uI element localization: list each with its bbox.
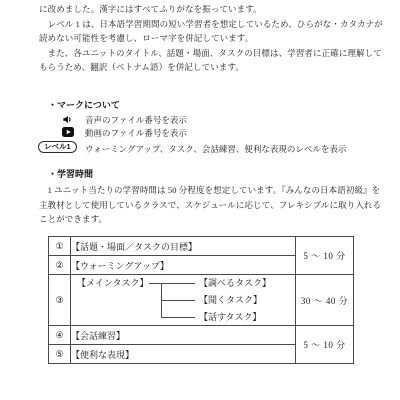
study-time-line: 1 ユニット当たりの学習時間は 50 分程度を想定しています。『みんなの日本語初… [39,183,380,198]
table-row-main-task: ③ 【メインタスク】 【調べるタスク】 【聞くタスク】 【話すタスク】 30 ～… [49,275,354,326]
time-cell: 5 ～ 10 分 [296,237,354,275]
study-time-line: ことができます。 [39,212,107,227]
time-cell: 5 ～ 10 分 [296,326,354,364]
time-cell: 30 ～ 40 分 [296,275,354,326]
row-label: 【ウォーミングアップ】 [71,256,296,275]
tree-connector-line [149,283,161,284]
mark-video-label: 動画のファイル番号を表示 [85,127,187,139]
intro-line: もらうため、翻訳（ベトナム語）を併記しています。 [39,60,244,75]
play-video-icon [62,127,75,139]
unit-schedule-table: ① 【話題・場面／タスクの目標】 5 ～ 10 分 ② 【ウォーミングアップ】 … [48,236,354,364]
tree-branch-line [161,300,195,301]
row-number: ④ [49,326,71,345]
tree-branch-line [161,317,195,318]
branch-task-label: 【話すタスク】 [199,310,261,324]
level-1-badge: レベル1 [38,141,77,153]
row-label: 【便利な表現】 [71,345,296,364]
mark-audio-label: 音声のファイル番号を表示 [85,114,187,126]
row-label: 【話題・場面／タスクの目標】 [71,237,296,256]
branch-task-label: 【聞くタスク】 [199,293,262,307]
tree-branch-line [161,283,195,284]
table-row: ④ 【会話練習】 5 ～ 10 分 [49,326,354,345]
main-task-cell: 【メインタスク】 【調べるタスク】 【聞くタスク】 【話すタスク】 [71,275,296,326]
marks-section-heading: ・マークについて [48,99,120,111]
table-row: ① 【話題・場面／タスクの目標】 5 ～ 10 分 [49,237,354,256]
speaker-icon [62,114,75,126]
study-time-section-heading: ・学習時間 [48,168,93,180]
task-tree-diagram: 【メインタスク】 【調べるタスク】 【聞くタスク】 【話すタスク】 [71,275,295,325]
row-label: 【会話練習】 [71,326,296,345]
row-number: ② [49,256,71,275]
intro-line: レベル 1 は、日本語学習期間の短い学習者を想定しているため、ひらがな・カタカナ… [39,17,383,32]
document-page: に改めました。漢字にはすべてふりがなを振っています。 レベル 1 は、日本語学習… [0,0,400,400]
row-number: ① [49,237,71,256]
intro-line: また、各ユニットのタイトル、話題・場面、タスクの目標は、学習者に正確に理解して [39,46,382,61]
mark-level-label: ウォーミングアップ、タスク、会話練習、便利な表現のレベルを表示 [85,143,346,155]
study-time-line: 主教材として使用しているクラスで、スケジュールに応じて、フレキシブルに取り入れる [39,198,381,213]
branch-task-label: 【調べるタスク】 [199,276,271,290]
row-number: ⑤ [49,345,71,364]
intro-line: 読めない可能性を考慮し、ローマ字を併記しています。 [39,31,253,46]
row-number: ③ [49,275,71,326]
main-task-label: 【メインタスク】 [77,276,148,290]
intro-line: に改めました。漢字にはすべてふりがなを振っています。 [39,2,262,17]
